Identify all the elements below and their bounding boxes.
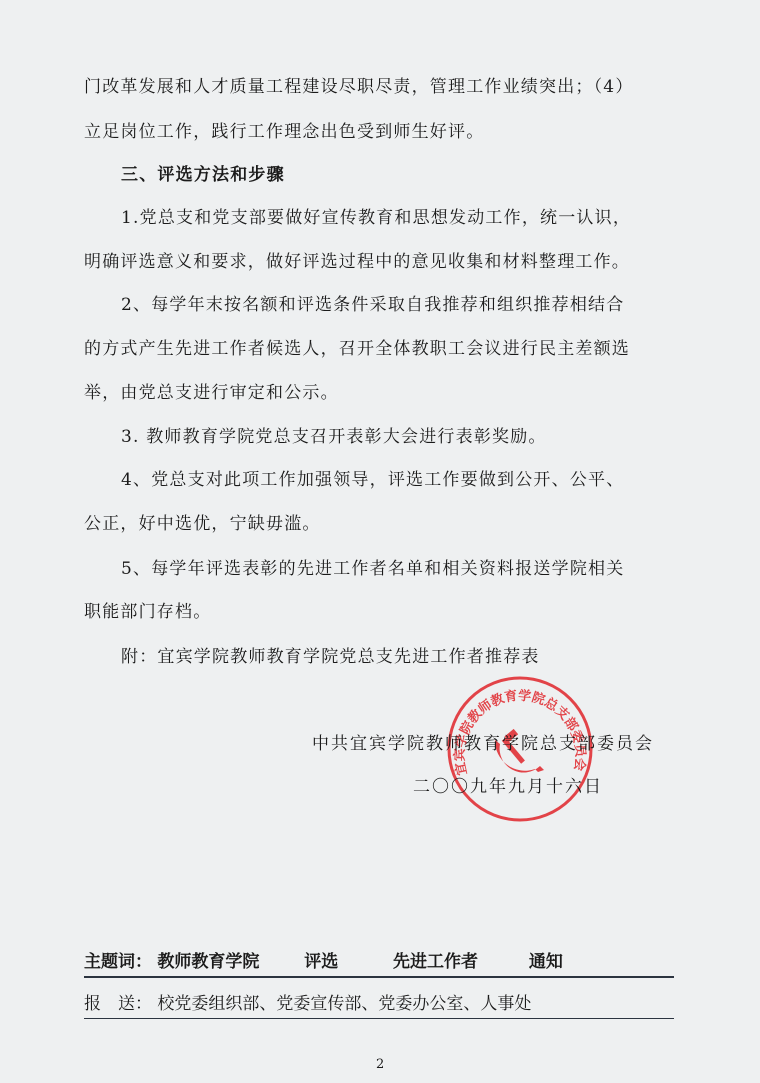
text-line: 职能部门存档。 [84, 600, 684, 624]
report-recipients: 校党委组织部、党委宣传部、党委办公室、人事处 [157, 994, 531, 1014]
page-number: 2 [376, 1057, 384, 1072]
text-line: 的方式产生先进工作者候选人，召开全体教职工会议进行民主差额选 [84, 337, 684, 361]
keywords-label: 主题词： [84, 952, 152, 972]
keyword: 教师教育学院 [157, 952, 259, 972]
attachment-line: 附：宜宾学院教师教育学院党总支先进工作者推荐表 [121, 645, 721, 669]
document-page: 门改革发展和人才质量工程建设尽职尽责，管理工作业绩突出；（4） 立足岗位工作，践… [0, 0, 760, 1083]
report-label: 报 送： [84, 994, 152, 1014]
text-line: 2、每学年末按名额和评选条件采取自我推荐和组织推荐相结合 [121, 293, 721, 317]
text-line: 举，由党总支进行审定和公示。 [84, 381, 684, 405]
keyword: 先进工作者 [393, 952, 478, 972]
text-line: 公正，好中选优，宁缺毋滥。 [84, 512, 684, 536]
text-line: 1.党总支和党支部要做好宣传教育和思想发动工作，统一认识， [121, 206, 721, 230]
section-heading: 三、评选方法和步骤 [121, 163, 721, 187]
text-line: 明确评选意义和要求，做好评选过程中的意见收集和材料整理工作。 [84, 250, 684, 274]
text-line: 门改革发展和人才质量工程建设尽职尽责，管理工作业绩突出；（4） [84, 75, 684, 99]
text-line: 4、党总支对此项工作加强领导，评选工作要做到公开、公平、 [121, 468, 721, 492]
text-line: 5、每学年评选表彰的先进工作者名单和相关资料报送学院相关 [121, 557, 721, 581]
report-to-row: 报 送： 校党委组织部、党委宣传部、党委办公室、人事处 [84, 992, 674, 1019]
keywords-row: 主题词： 教师教育学院 评选 先进工作者 通知 [84, 950, 674, 978]
keyword: 评选 [304, 952, 338, 972]
signing-date: 二〇〇九年九月十六日 [413, 775, 603, 799]
signing-organization: 中共宜宾学院教师教育学院总支部委员会 [312, 732, 654, 756]
text-line: 3. 教师教育学院党总支召开表彰大会进行表彰奖励。 [121, 425, 721, 449]
text-line: 立足岗位工作，践行工作理念出色受到师生好评。 [84, 120, 684, 144]
keyword: 通知 [529, 952, 563, 972]
